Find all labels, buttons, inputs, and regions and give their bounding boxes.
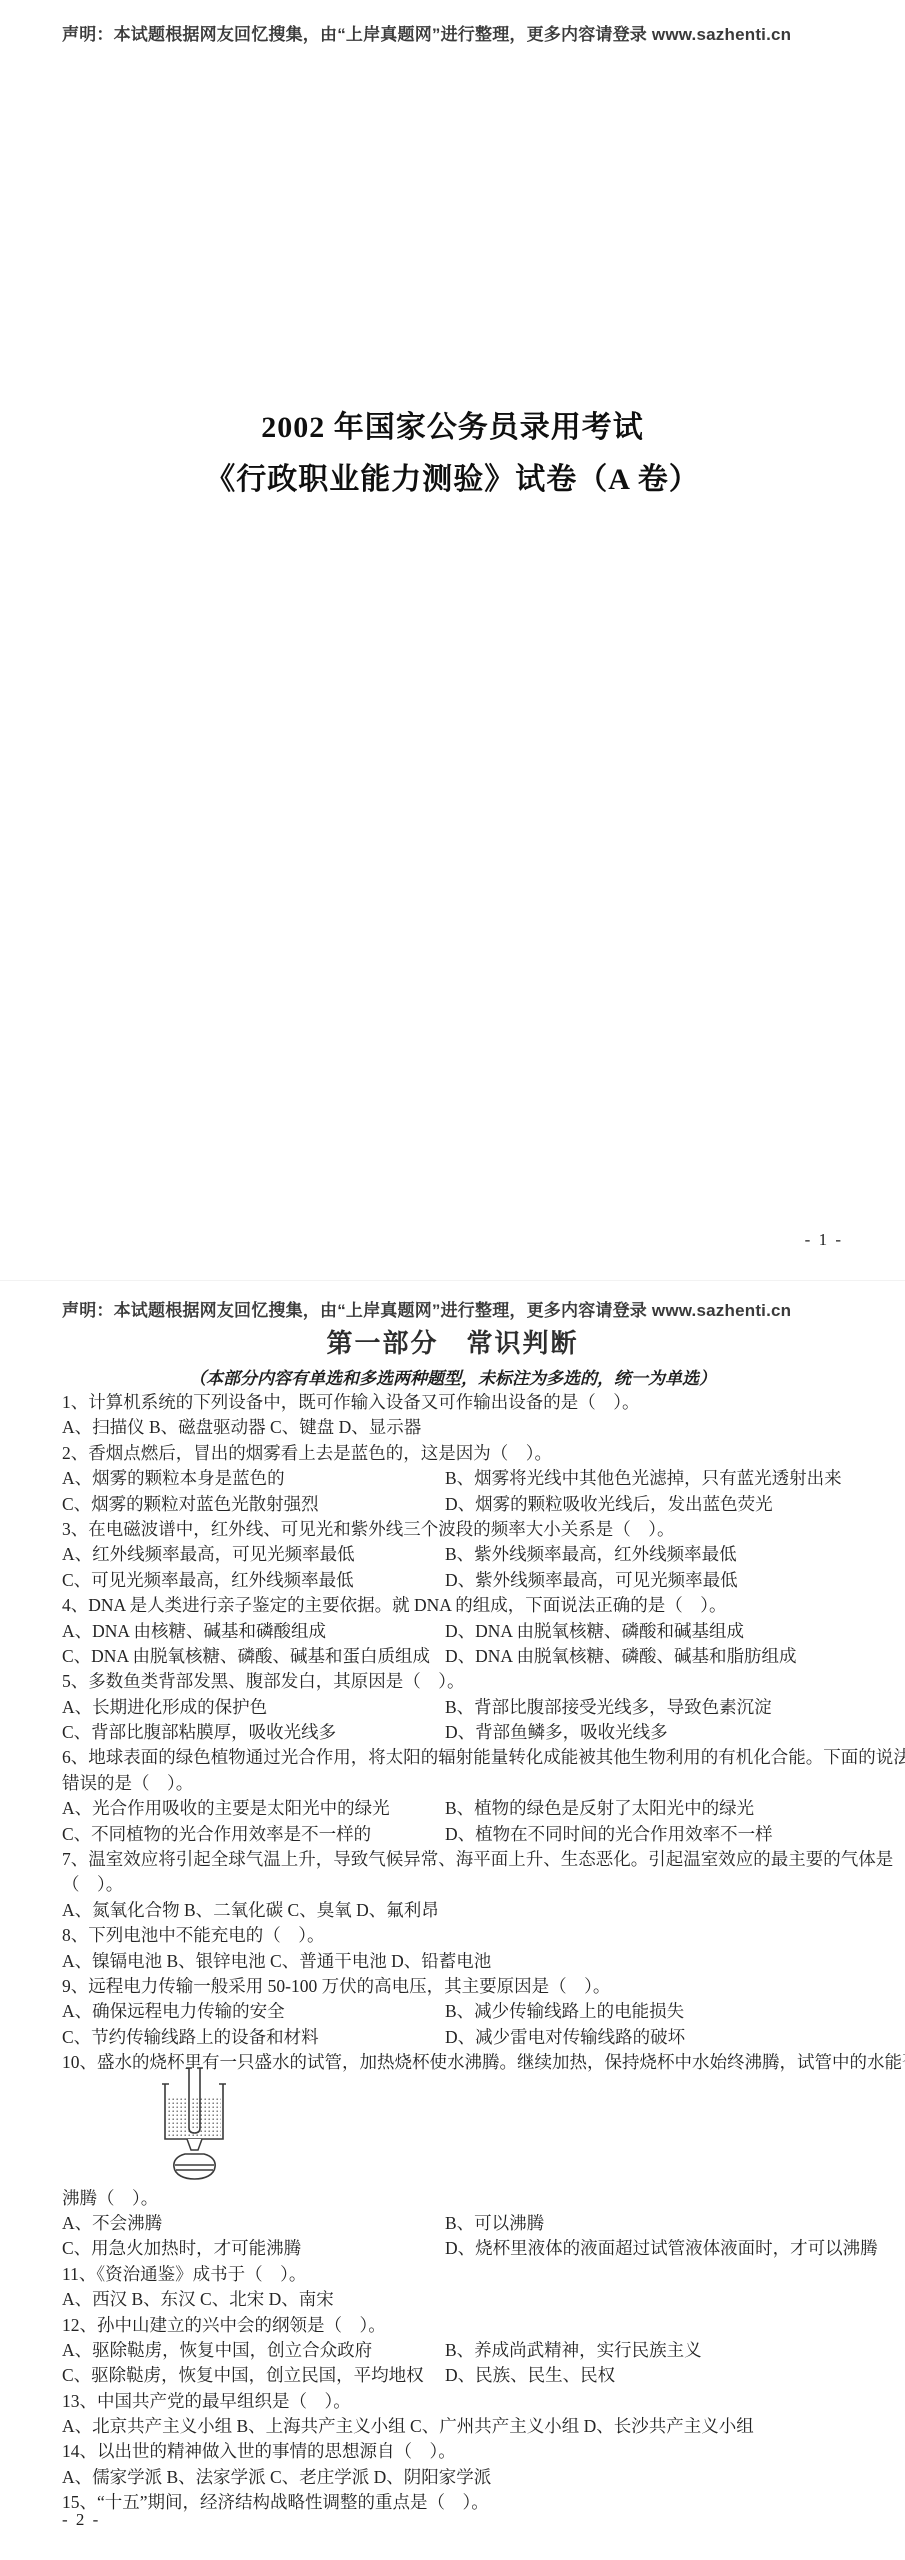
section-title: 第一部分 常识判断 <box>0 1323 905 1360</box>
text-line: 5、多数鱼类背部发黑、腹部发白，其原因是（ ）。 <box>62 1669 867 1694</box>
text-line: A、扫描仪 B、磁盘驱动器 C、键盘 D、显示器 <box>62 1415 867 1440</box>
text-line: 15、“十五”期间，经济结构战略性调整的重点是（ ）。 <box>62 2490 867 2515</box>
text-line: 7、温室效应将引起全球气温上升，导致气候异常、海平面上升、生态恶化。引起温室效应… <box>62 1847 867 1872</box>
option-right: D、DNA 由脱氧核糖、磷酸、碱基和脂肪组成 <box>445 1644 796 1669</box>
option-row: A、确保远程电力传输的安全B、减少传输线路上的电能损失 <box>62 1999 867 2024</box>
text-line: A、氮氧化合物 B、二氧化碳 C、臭氧 D、氟利昂 <box>62 1898 867 1923</box>
text-line: 2、香烟点燃后，冒出的烟雾看上去是蓝色的，这是因为（ ）。 <box>62 1441 867 1466</box>
option-row: C、DNA 由脱氧核糖、磷酸、碱基和蛋白质组成D、DNA 由脱氧核糖、磷酸、碱基… <box>62 1644 867 1669</box>
option-row: C、烟雾的颗粒对蓝色光散射强烈D、烟雾的颗粒吸收光线后，发出蓝色荧光 <box>62 1492 867 1517</box>
text-line: 12、孙中山建立的兴中会的纲领是（ ）。 <box>62 2313 867 2338</box>
text-line: 错误的是（ ）。 <box>62 1771 867 1796</box>
page1-disclaimer: 声明：本试题根据网友回忆搜集，由“上岸真题网”进行整理，更多内容请登录 www.… <box>62 20 791 45</box>
page2-disclaimer: 声明：本试题根据网友回忆搜集，由“上岸真题网”进行整理，更多内容请登录 www.… <box>62 1296 791 1321</box>
text-line: 13、中国共产党的最早组织是（ ）。 <box>62 2389 867 2414</box>
option-left: A、不会沸腾 <box>62 2213 162 2233</box>
text-line: A、镍镉电池 B、银锌电池 C、普通干电池 D、铅蓄电池 <box>62 1949 867 1974</box>
option-right: B、烟雾将光线中其他色光滤掉，只有蓝光透射出来 <box>445 1466 842 1491</box>
alcohol-lamp-body <box>174 2154 215 2179</box>
option-row: A、红外线频率最高，可见光频率最低B、紫外线频率最高，红外线频率最低 <box>62 1542 867 1567</box>
option-right: B、养成尚武精神，实行民族主义 <box>445 2338 702 2363</box>
option-left: C、可见光频率最高，红外线频率最低 <box>62 1570 354 1590</box>
text-line: 6、地球表面的绿色植物通过光合作用，将太阳的辐射能量转化成能被其他生物利用的有机… <box>62 1745 867 1770</box>
option-right: B、紫外线频率最高，红外线频率最低 <box>445 1542 737 1567</box>
text-line: （ ）。 <box>62 1872 867 1897</box>
test-tube-water <box>191 2098 198 2130</box>
beaker-test-tube-heating-figure <box>62 2076 867 2186</box>
text-line: 14、以出世的精神做入世的事情的思想源自（ ）。 <box>62 2439 867 2464</box>
text-line: A、西汉 B、东汉 C、北宋 D、南宋 <box>62 2287 867 2312</box>
page1-number: - 1 - <box>805 1230 843 1250</box>
option-right: B、可以沸腾 <box>445 2211 544 2236</box>
option-right: D、DNA 由脱氧核糖、磷酸和碱基组成 <box>445 1619 744 1644</box>
exam-title-line1: 2002 年国家公务员录用考试 <box>0 402 905 454</box>
text-line: 11、《资治通鉴》成书于（ ）。 <box>62 2262 867 2287</box>
option-left: C、节约传输线路上的设备和材料 <box>62 2027 319 2047</box>
option-row: A、烟雾的颗粒本身是蓝色的B、烟雾将光线中其他色光滤掉，只有蓝光透射出来 <box>62 1466 867 1491</box>
option-right: D、背部鱼鳞多，吸收光线多 <box>445 1720 668 1745</box>
option-row: C、背部比腹部粘膜厚，吸收光线多D、背部鱼鳞多，吸收光线多 <box>62 1720 867 1745</box>
exam-title-line2: 《行政职业能力测验》试卷（A 卷） <box>0 454 905 506</box>
option-right: D、减少雷电对传输线路的破坏 <box>445 2025 685 2050</box>
option-right: D、民族、民生、民权 <box>445 2363 615 2388</box>
option-row: A、驱除鞑虏，恢复中国，创立合众政府B、养成尚武精神，实行民族主义 <box>62 2338 867 2363</box>
option-left: A、驱除鞑虏，恢复中国，创立合众政府 <box>62 2340 372 2360</box>
option-right: B、植物的绿色是反射了太阳光中的绿光 <box>445 1796 754 1821</box>
option-right: D、烧杯里液体的液面超过试管液体液面时，才可以沸腾 <box>445 2236 878 2261</box>
option-left: C、背部比腹部粘膜厚，吸收光线多 <box>62 1722 336 1742</box>
document-canvas: 声明：本试题根据网友回忆搜集，由“上岸真题网”进行整理，更多内容请登录 www.… <box>0 0 905 2560</box>
page2-number: - 2 - <box>62 2510 100 2530</box>
option-right: D、紫外线频率最高，可见光频率最低 <box>445 1568 738 1593</box>
option-row: A、不会沸腾B、可以沸腾 <box>62 2211 867 2236</box>
option-left: A、确保远程电力传输的安全 <box>62 2001 285 2021</box>
text-line: 1、计算机系统的下列设备中，既可作输入设备又可作输出设备的是（ ）。 <box>62 1390 867 1415</box>
lamp-wick-holder <box>187 2139 202 2150</box>
option-row: C、不同植物的光合作用效率是不一样的D、植物在不同时间的光合作用效率不一样 <box>62 1822 867 1847</box>
option-row: C、节约传输线路上的设备和材料D、减少雷电对传输线路的破坏 <box>62 2025 867 2050</box>
option-left: C、驱除鞑虏，恢复中国，创立民国，平均地权 <box>62 2365 424 2385</box>
option-left: C、用急火加热时，才可能沸腾 <box>62 2238 301 2258</box>
option-left: C、DNA 由脱氧核糖、磷酸、碱基和蛋白质组成 <box>62 1646 430 1666</box>
option-left: A、DNA 由核糖、碱基和磷酸组成 <box>62 1621 326 1641</box>
page-divider <box>0 1280 905 1281</box>
option-left: A、烟雾的颗粒本身是蓝色的 <box>62 1468 285 1488</box>
option-row: A、长期进化形成的保护色B、背部比腹部接受光线多，导致色素沉淀 <box>62 1695 867 1720</box>
option-row: A、光合作用吸收的主要是太阳光中的绿光B、植物的绿色是反射了太阳光中的绿光 <box>62 1796 867 1821</box>
option-left: A、光合作用吸收的主要是太阳光中的绿光 <box>62 1798 390 1818</box>
option-right: D、烟雾的颗粒吸收光线后，发出蓝色荧光 <box>445 1492 773 1517</box>
option-row: C、驱除鞑虏，恢复中国，创立民国，平均地权D、民族、民生、民权 <box>62 2363 867 2388</box>
option-left: A、红外线频率最高，可见光频率最低 <box>62 1544 355 1564</box>
option-row: C、用急火加热时，才可能沸腾D、烧杯里液体的液面超过试管液体液面时，才可以沸腾 <box>62 2236 867 2261</box>
text-line: 3、在电磁波谱中，红外线、可见光和紫外线三个波段的频率大小关系是（ ）。 <box>62 1517 867 1542</box>
option-left: C、烟雾的颗粒对蓝色光散射强烈 <box>62 1494 319 1514</box>
text-line: A、儒家学派 B、法家学派 C、老庄学派 D、阴阳家学派 <box>62 2465 867 2490</box>
beaker-heating-icon <box>160 2066 232 2188</box>
option-right: B、背部比腹部接受光线多，导致色素沉淀 <box>445 1695 772 1720</box>
option-left: C、不同植物的光合作用效率是不一样的 <box>62 1824 371 1844</box>
text-line: 8、下列电池中不能充电的（ ）。 <box>62 1923 867 1948</box>
option-right: B、减少传输线路上的电能损失 <box>445 1999 684 2024</box>
text-line: A、北京共产主义小组 B、上海共产主义小组 C、广州共产主义小组 D、长沙共产主… <box>62 2414 867 2439</box>
text-line: 沸腾（ ）。 <box>62 2186 867 2211</box>
option-right: D、植物在不同时间的光合作用效率不一样 <box>445 1822 773 1847</box>
option-left: A、长期进化形成的保护色 <box>62 1697 267 1717</box>
section-note: （本部分内容有单选和多选两种题型，未标注为多选的，统一为单选） <box>0 1364 905 1389</box>
option-row: C、可见光频率最高，红外线频率最低D、紫外线频率最高，可见光频率最低 <box>62 1568 867 1593</box>
question-blocks: 1、计算机系统的下列设备中，既可作输入设备又可作输出设备的是（ ）。A、扫描仪 … <box>62 1390 867 2516</box>
option-row: A、DNA 由核糖、碱基和磷酸组成D、DNA 由脱氧核糖、磷酸和碱基组成 <box>62 1619 867 1644</box>
exam-title: 2002 年国家公务员录用考试 《行政职业能力测验》试卷（A 卷） <box>0 402 905 506</box>
text-line: 4、DNA 是人类进行亲子鉴定的主要依据。就 DNA 的组成，下面说法正确的是（… <box>62 1593 867 1618</box>
text-line: 9、远程电力传输一般采用 50-100 万伏的高电压，其主要原因是（ ）。 <box>62 1974 867 1999</box>
